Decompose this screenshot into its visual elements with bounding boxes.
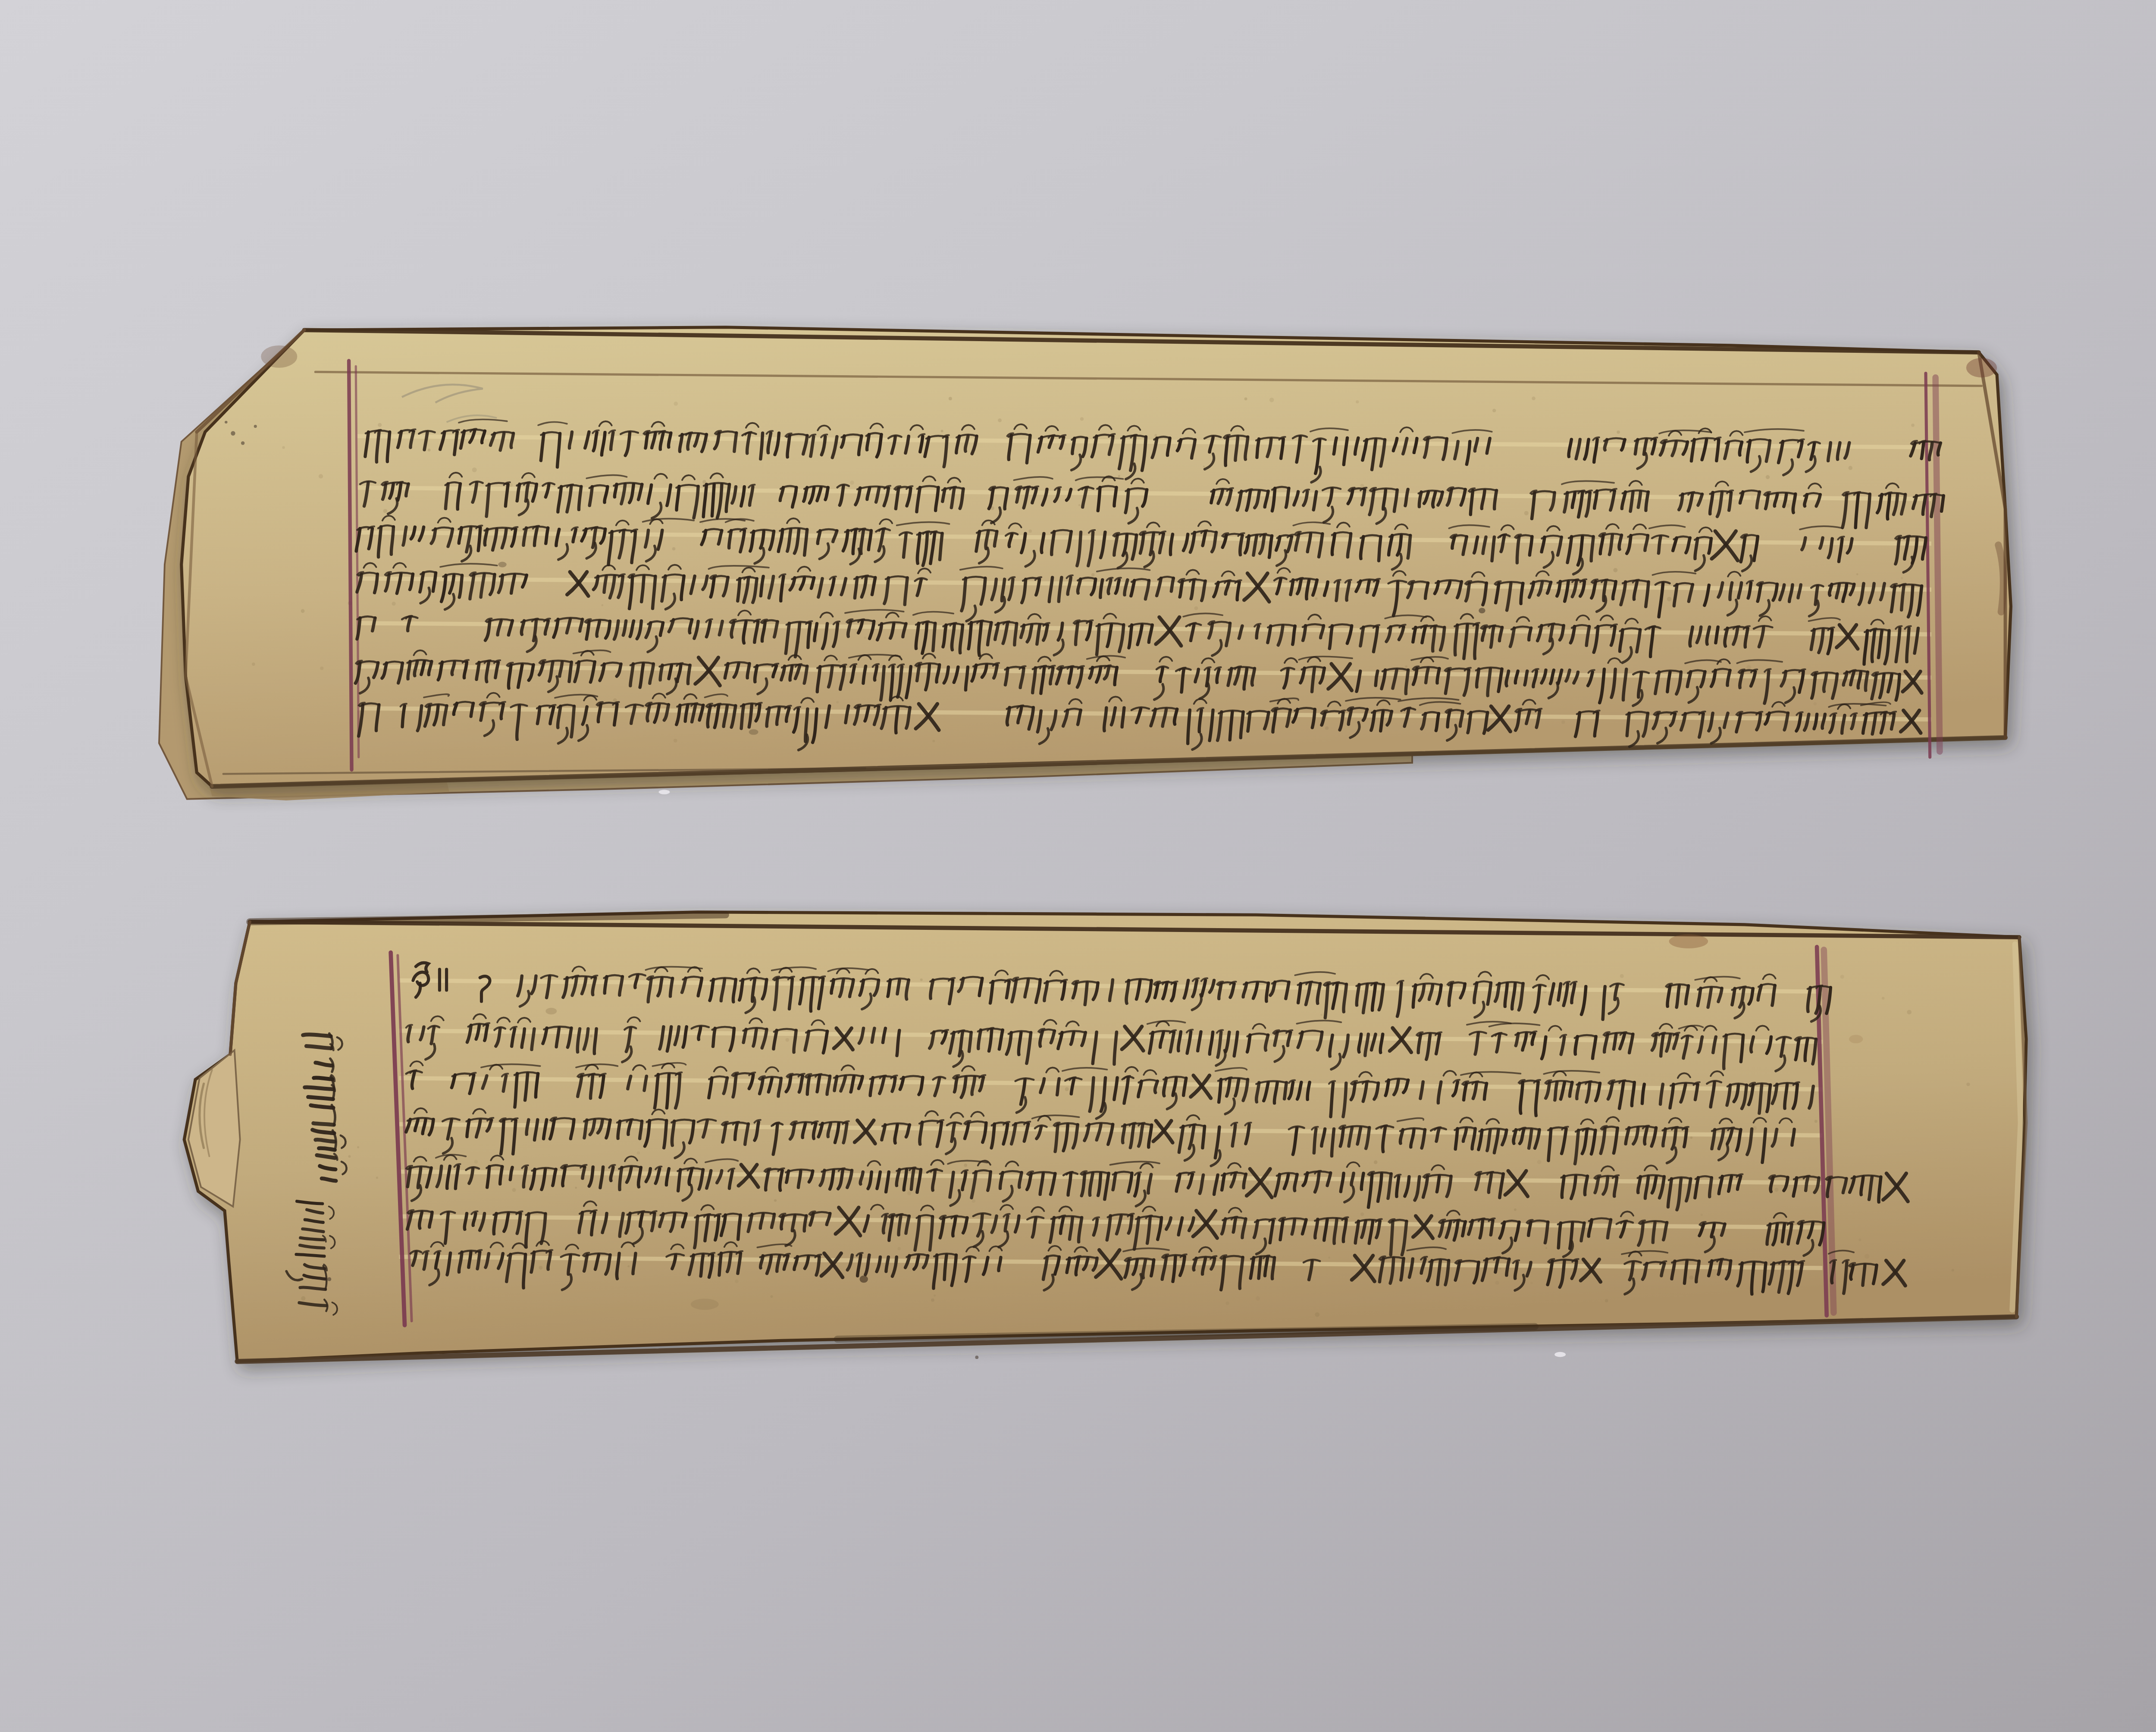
ink-speck	[975, 1355, 978, 1359]
stain	[860, 1276, 868, 1283]
photo-stage	[0, 0, 2156, 1732]
binding-thread-fleck	[659, 790, 670, 794]
manuscript-leaf-top	[159, 327, 2011, 800]
stain	[1966, 358, 1997, 377]
stain	[545, 1008, 557, 1015]
manuscript-photo	[0, 0, 2156, 1732]
stain	[749, 729, 758, 735]
ink-speck	[241, 441, 244, 445]
ink-speck	[225, 421, 227, 424]
stain	[261, 345, 297, 368]
ink-speck	[231, 431, 235, 436]
stain	[1669, 935, 1708, 948]
stain	[1479, 608, 1485, 613]
stain	[1849, 1035, 1863, 1043]
binding-thread-fleck	[1554, 1352, 1566, 1357]
stain	[498, 562, 506, 567]
ink-speck	[327, 1277, 331, 1281]
stain	[691, 1299, 719, 1310]
ink-speck	[254, 425, 257, 428]
manuscript-leaf-bottom	[184, 912, 2026, 1362]
